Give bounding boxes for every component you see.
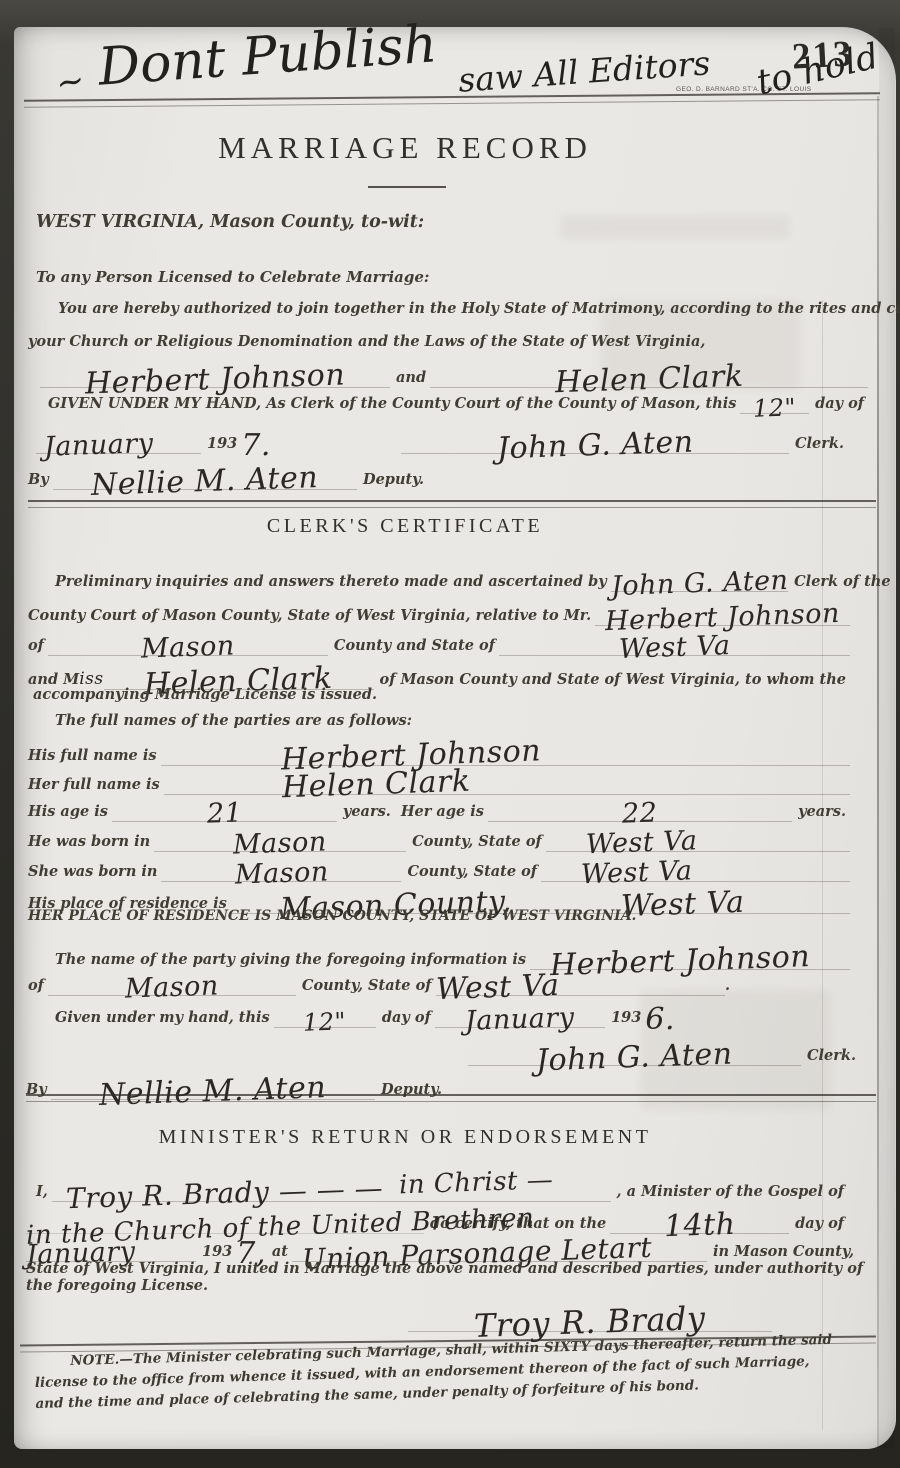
note-indent — [34, 1365, 70, 1366]
cert-given-label: Given under my hand, this — [55, 1009, 274, 1028]
cert-l4-suffix: of Mason County and State of West Virgin… — [374, 671, 850, 690]
cert-clerk-label: Clerk. — [801, 1047, 860, 1066]
and-label: and — [390, 369, 430, 388]
clerk-signature-blank: John G. Aten — [401, 411, 789, 454]
informant-of-label: of — [28, 977, 48, 996]
deputy-signature: Nellie M. Aten — [91, 465, 319, 498]
county-line: WEST VIRGINIA, Mason County, to-wit: — [36, 212, 424, 232]
bride-name-blank: Helen Clark — [430, 343, 868, 388]
cert-clerk-sig-blank: John G. Aten — [468, 1021, 801, 1066]
minister-month-blank: January — [26, 1223, 196, 1262]
groom-name-blank: Herbert Johnson — [40, 343, 390, 388]
section-rule-1 — [28, 500, 876, 508]
clerk-signature: John G. Aten — [496, 429, 693, 461]
deputy-signature-blank: Nellie M. Aten — [53, 449, 357, 490]
page-fold-line — [877, 96, 879, 1448]
cert-line5: accompanying Marriage License is issued. — [33, 686, 377, 703]
deputy-label: Deputy. — [357, 471, 428, 490]
cert-given-day-of: day of — [376, 1009, 435, 1028]
bleedthrough-smudge — [560, 215, 790, 239]
month-blank: January — [36, 411, 201, 454]
minister-signature-blank: Troy R. Brady — [408, 1285, 772, 1332]
cert-deputy-signature: Nellie M. Aten — [99, 1075, 327, 1108]
minister-line3: January 193 7, at Union Parsonage Letart… — [26, 1224, 858, 1262]
page-number: 213 — [791, 32, 855, 78]
cert-iss-hw: iss — [79, 672, 103, 686]
cert-line4: and M iss Helen Clark of Mason County an… — [28, 650, 850, 690]
minister-signature-row: Troy R. Brady — [408, 1286, 772, 1332]
page-title: MARRIAGE RECORD — [55, 130, 755, 166]
her-residence-line: HER PLACE OF RESIDENCE IS MASON COUNTY, … — [28, 908, 636, 924]
by-label: By — [28, 471, 53, 490]
names-row: Herbert Johnson and Helen Clark — [40, 344, 868, 388]
salutation: To any Person Licensed to Celebrate Marr… — [36, 268, 429, 286]
title-underline — [368, 186, 446, 188]
cert-bride-blank: Helen Clark — [104, 649, 374, 690]
certificate-heading: CLERK'S CERTIFICATE — [55, 515, 755, 538]
deputy-row: By Nellie M. Aten Deputy. — [28, 450, 428, 490]
clerk-label: Clerk. — [789, 435, 848, 454]
page-right-margin — [879, 28, 895, 1448]
section-rule-2 — [26, 1094, 876, 1102]
cert-given-day: 12" — [303, 1011, 347, 1033]
cert-given-day-blank: 12" — [274, 989, 376, 1028]
cert-clerk-sig-row: John G. Aten Clerk. — [468, 1022, 860, 1066]
printer-mark: GEO. D. BARNARD ST'A. CO. ST. LOUIS — [676, 86, 812, 93]
minister-place-blank: Union Parsonage Letart — [292, 1223, 707, 1262]
month-clerk-row: January 193 7. John G. Aten Clerk. — [36, 412, 848, 454]
authorization-line1: You are hereby authorized to join togeth… — [58, 300, 900, 317]
cert-clerk-signature: John G. Aten — [536, 1041, 733, 1073]
minister-heading: MINISTER'S RETURN OR ENDORSEMENT — [55, 1126, 755, 1149]
informant-period: . — [725, 977, 734, 996]
